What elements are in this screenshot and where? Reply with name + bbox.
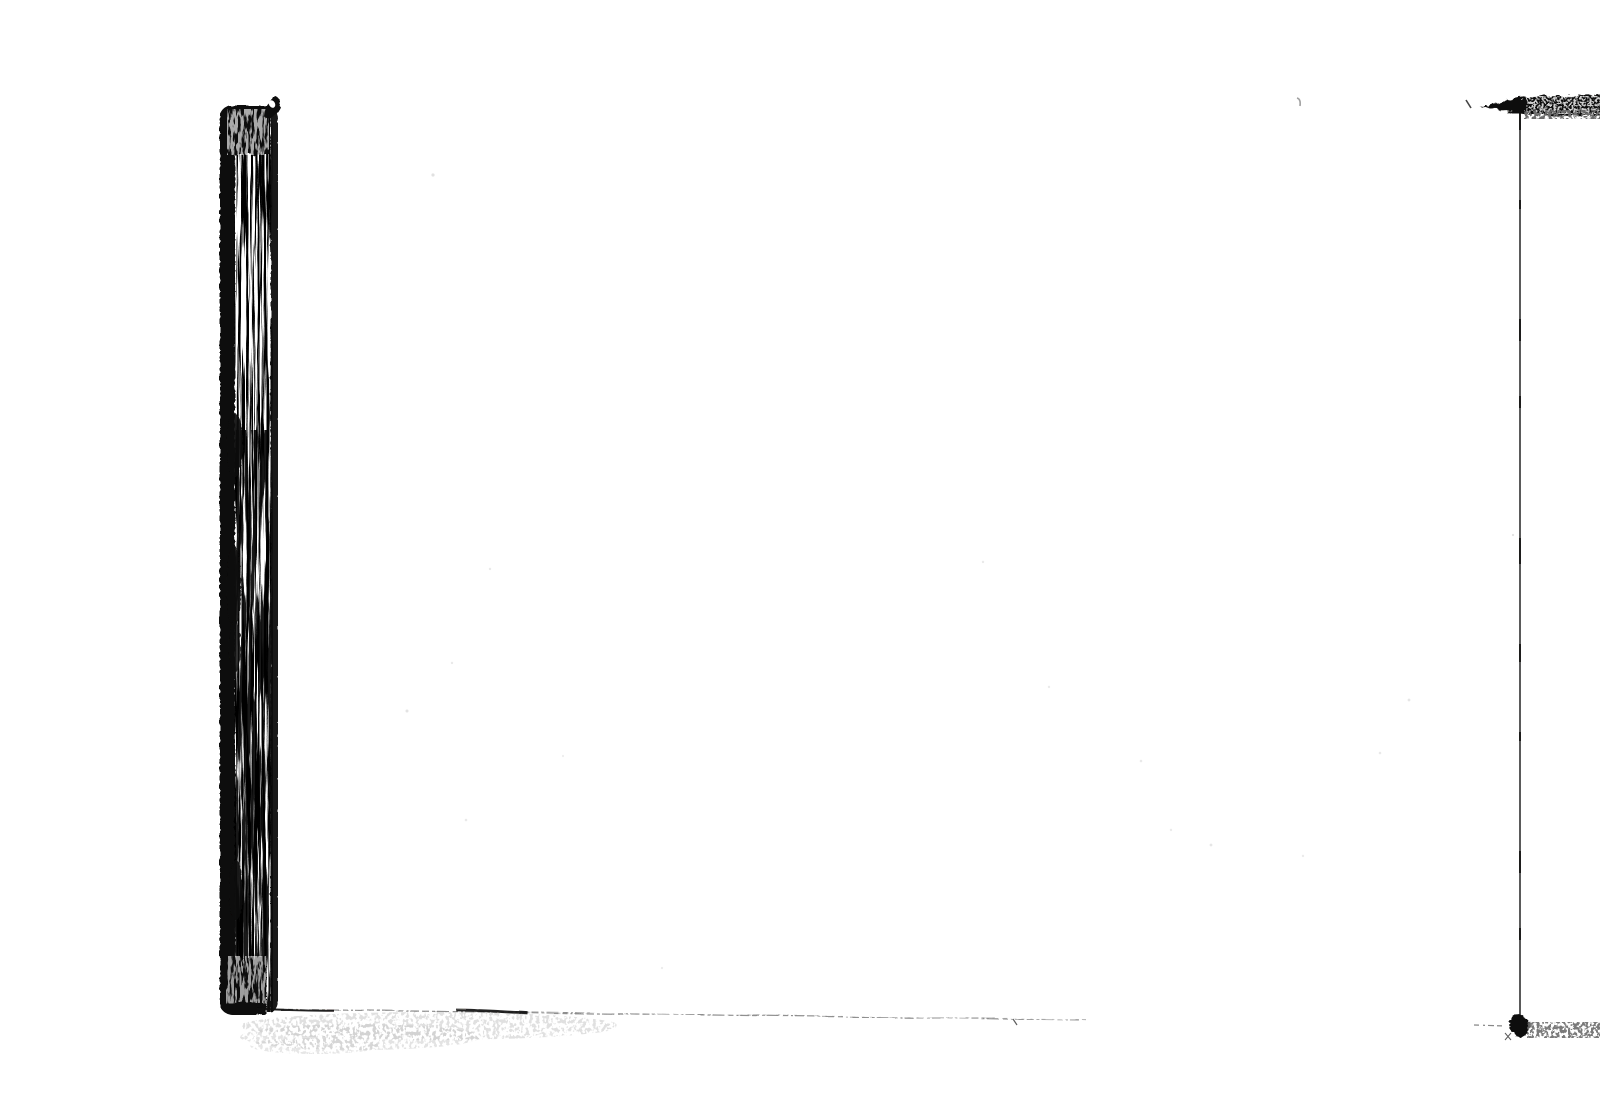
scan-artwork [0,0,1600,1115]
spine-bulge [228,860,242,920]
spine-top-mass-streaks [227,109,269,155]
book-spine [219,96,279,1015]
dust-speck [451,662,453,664]
shadow-tail-tick [1013,1019,1017,1025]
dust-speck [1048,686,1050,688]
band-lower-speckle [1524,110,1600,119]
dust-speck [1408,699,1411,702]
dust-speck [1512,534,1514,536]
speckle-cloud [240,1012,620,1054]
dust-speck [1140,760,1143,763]
dust-speck [1379,752,1382,755]
comma-mark [1297,98,1300,106]
scanned-page [0,0,1600,1115]
spine-streak-texture-lower [231,430,273,1012]
spine-bulge [226,545,240,625]
stray-tick-mark [1466,100,1471,108]
dust-speck [661,967,663,969]
book-spine-body [219,105,278,1015]
spine-bulge [228,619,240,671]
corner-speckle-band [1527,1022,1600,1038]
bottom-edge-shadow [240,1009,1086,1054]
dust-speck [1210,844,1213,847]
dust-specks [406,173,1515,969]
top-right-edge-band [1466,93,1600,119]
bottom-right-edge-band [1474,1013,1600,1040]
spine-bulge [226,413,242,477]
dust-speck [431,173,434,176]
dust-speck [1302,855,1304,857]
cloud-part [250,1038,380,1054]
corner-x-mark [1505,1033,1511,1040]
dust-speck [465,819,468,822]
right-page-edge [1297,93,1600,1040]
dust-speck [982,561,984,563]
dust-speck [1170,829,1172,831]
corner-blob [1507,1013,1528,1034]
dust-speck [489,568,491,570]
dust-speck [406,710,409,713]
corner-left-trail [1474,1025,1506,1026]
spine-right-edge [270,105,278,1015]
dust-speck [562,755,564,757]
